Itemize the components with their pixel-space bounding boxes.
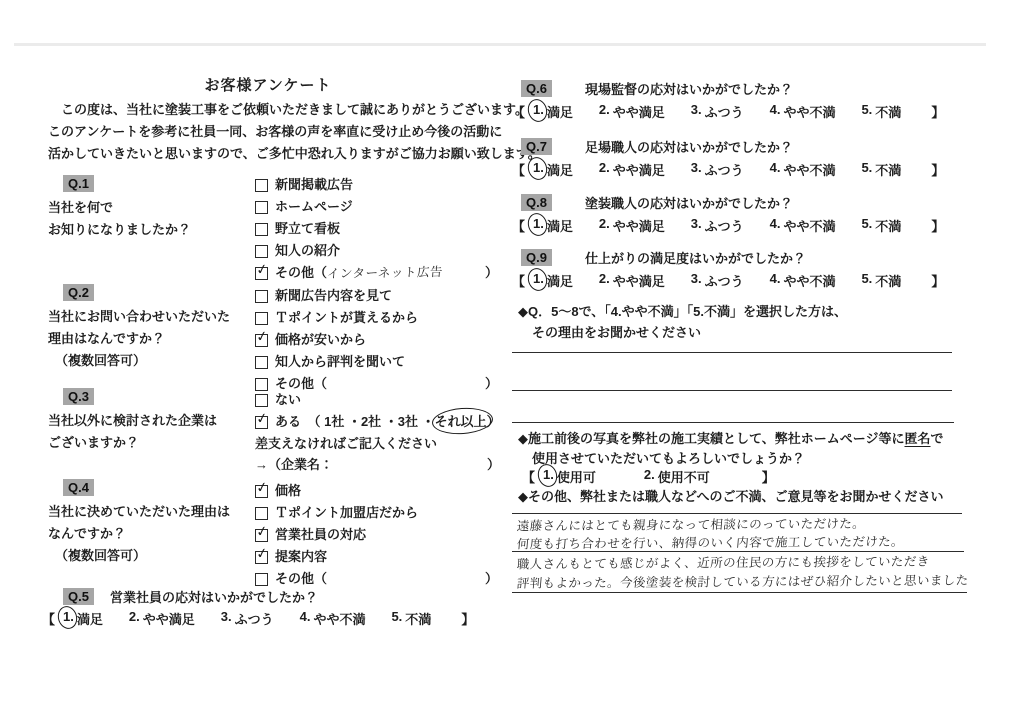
q9-label: Q.9 [521, 249, 552, 266]
q6-rating-scale: 【 1.満足 2.やや満足 3.ふつう 4.やや不満 5.不満 】 [512, 102, 944, 121]
rating-option: 5.不満 [391, 609, 431, 628]
bracket-open: 【 [512, 160, 525, 179]
q1-label: Q.1 [63, 175, 94, 192]
answer-line [512, 422, 954, 423]
q2-prompt: 当社にお問い合わせいただいた [48, 307, 230, 327]
bracket-open: 【 [42, 609, 55, 628]
q9-rating-scale: 【 1.満足 2.やや満足 3.ふつう 4.やや不満 5.不満 】 [512, 271, 944, 290]
bracket-open: 【 [512, 102, 525, 121]
q8-question: 塗装職人の応対はいかがでしたか？ [585, 194, 793, 214]
rating-option: 4.やや不満 [770, 271, 836, 290]
bracket-close: 】 [931, 160, 944, 179]
q2-option-reputation: 知人から評判を聞いて [255, 352, 405, 372]
rating-option: 3.ふつう [691, 102, 744, 121]
answer-line [512, 390, 952, 391]
rating-option: 3.ふつう [691, 160, 744, 179]
q3-company-field: →（企業名： [255, 455, 333, 475]
photo-permission-heading: ◆施工前後の写真を弊社の施工実績として、弊社ホームページ等に匿名で [518, 429, 944, 449]
rating-option: 2.やや満足 [599, 216, 665, 235]
checkbox-icon [255, 290, 268, 303]
q9-question: 仕上がりの満足度はいかがでしたか？ [585, 249, 806, 269]
rating-option: 1.満足 [533, 271, 573, 290]
checkbox-icon [255, 573, 268, 586]
circled-answer: それ以上 [435, 412, 487, 432]
option-label: Ｔポイント加盟店だから [275, 503, 418, 523]
rating-option: 2.やや満足 [599, 102, 665, 121]
option-label: 価格が安いから [275, 330, 366, 350]
option-label: 知人の紹介 [275, 241, 340, 261]
option-label: ない [275, 390, 301, 410]
rating-option: 1.満足 [533, 160, 573, 179]
option-label: 価格 [275, 481, 301, 501]
rating-option: 3.ふつう [221, 609, 274, 628]
q4-prompt: 当社に決めていただいた理由は [48, 502, 230, 522]
circle-annotation: 1. [63, 609, 74, 628]
q4-prompt: なんですか？ [48, 524, 126, 544]
checkbox-icon [255, 551, 268, 564]
rating-option: 5.不満 [861, 271, 901, 290]
q2-option-newspaper-content: 新聞広告内容を見て [255, 286, 392, 306]
q8-label: Q.8 [521, 194, 552, 211]
q2-label: Q.2 [63, 284, 94, 301]
scanned-survey-page: お客様アンケート この度は、当社に塗装工事をご依頼いただきまして誠にありがとうご… [0, 0, 1024, 724]
q1-option-other: その他（ インターネット広告 ） [255, 263, 498, 283]
q1-option-referral: 知人の紹介 [255, 241, 340, 261]
q3-prompt: ございますか？ [48, 433, 139, 453]
checkbox-icon [255, 485, 268, 498]
option-label: その他（ [275, 263, 327, 283]
circle-annotation: 1. [533, 102, 544, 121]
option-label: ） [485, 263, 498, 283]
checkbox-icon [255, 223, 268, 236]
option-label: 提案内容 [275, 547, 327, 567]
rating-option: 4.やや不満 [770, 216, 836, 235]
rating-option: 2.やや満足 [599, 271, 665, 290]
q6-label: Q.6 [521, 80, 552, 97]
q4-option-tpoint-member: Ｔポイント加盟店だから [255, 503, 418, 523]
q4-label: Q.4 [63, 479, 94, 496]
option-label: 新聞掲載広告 [275, 175, 353, 195]
checkbox-icon [255, 394, 268, 407]
page-title: お客様アンケート [48, 74, 488, 95]
option-label: ある （ 1社 ・2社 ・3社 ・ [275, 412, 435, 432]
intro-line: この度は、当社に塗装工事をご依頼いただきまして誠にありがとうございます。 [48, 100, 528, 120]
q1-option-homepage: ホームページ [255, 197, 353, 217]
rating-option: 4.やや不満 [300, 609, 366, 628]
rating-option: 5.不満 [861, 102, 901, 121]
q1-prompt: 当社を何で [48, 198, 113, 218]
checkbox-icon [255, 334, 268, 347]
choice-option: 1.使用可 [543, 467, 596, 486]
q3-prompt: 当社以外に検討された企業は [48, 411, 217, 431]
bracket-close: 】 [931, 102, 944, 121]
intro-line: このアンケートを参考に社員一同、お客様の声を率直に受け止め今後の活動に [48, 122, 502, 142]
rating-option: 4.やや不満 [770, 160, 836, 179]
q2-prompt: （複数回答可） [55, 351, 146, 371]
q3-note: 差支えなければご記入ください [255, 434, 437, 454]
rating-option: 1.満足 [533, 216, 573, 235]
reason-heading: その理由をお聞かせください [532, 323, 701, 343]
q1-option-newspaper-ad: 新聞掲載広告 [255, 175, 353, 195]
q5-rating-scale: 【 1.満足 2.やや満足 3.ふつう 4.やや不満 5.不満 】 [42, 609, 474, 628]
bracket-close: 】 [931, 216, 944, 235]
option-label: Ｔポイントが貰えるから [275, 308, 418, 328]
option-label: 野立て看板 [275, 219, 340, 239]
handwritten-comment: 職人さんもとても感じがよく、近所の住民の方にも挨拶をしていただき [516, 552, 930, 573]
option-label: 新聞広告内容を見て [275, 286, 392, 306]
option-label: 知人から評判を聞いて [275, 352, 405, 372]
photo-permission-choices: 【 1.使用可 2.使用不可 】 [522, 467, 775, 486]
choice-option: 2.使用不可 [644, 467, 710, 486]
q2-prompt: 理由はなんですか？ [48, 329, 165, 349]
circle-annotation: 1. [533, 216, 544, 235]
q3-option-yes: ある （ 1社 ・2社 ・3社 ・ それ以上 ） [255, 412, 500, 432]
q1-option-signboard: 野立て看板 [255, 219, 340, 239]
rating-option: 1.満足 [533, 102, 573, 121]
q7-label: Q.7 [521, 138, 552, 155]
q8-rating-scale: 【 1.満足 2.やや満足 3.ふつう 4.やや不満 5.不満 】 [512, 216, 944, 235]
circle-annotation: 1. [543, 467, 554, 486]
underlined-word: 匿名 [904, 431, 930, 446]
option-label: ） [485, 569, 498, 589]
q4-option-sales-response: 営業社員の対応 [255, 525, 366, 545]
q1-prompt: お知りになりましたか？ [48, 220, 191, 240]
checkbox-icon [255, 356, 268, 369]
checkbox-icon [255, 267, 268, 280]
handwritten-comment: 評判もよかった。今後塗装を検討している方にはぜひ紹介したいと思いました [516, 570, 969, 591]
rating-option: 5.不満 [861, 160, 901, 179]
reason-heading: ◆Q．5～8で、「4.やや不満」「5.不満」を選択した方は、 [518, 302, 847, 322]
handwritten-comment: 何度も打ち合わせを行い、納得のいく内容で施工していただけた。 [516, 532, 905, 553]
bracket-close: 】 [762, 467, 775, 486]
option-label: ） [485, 374, 498, 394]
checkbox-icon [255, 507, 268, 520]
q4-prompt: （複数回答可） [55, 546, 146, 566]
checkbox-icon [255, 201, 268, 214]
rating-option: 1.満足 [63, 609, 103, 628]
q3-company-field-close: ） [487, 455, 500, 475]
option-label: ホームページ [275, 197, 353, 217]
scan-divider-line [14, 43, 986, 46]
rating-option: 3.ふつう [691, 216, 744, 235]
rating-option: 5.不満 [861, 216, 901, 235]
other-comments-heading: ◆その他、弊社または職人などへのご不満、ご意見等をお聞かせください [518, 487, 943, 507]
photo-permission-heading: 使用させていただいてもよろしいでしょうか？ [532, 449, 805, 469]
rating-option: 4.やや不満 [770, 102, 836, 121]
checkbox-icon [255, 312, 268, 325]
q3-label: Q.3 [63, 388, 94, 405]
rating-option: 2.やや満足 [599, 160, 665, 179]
handwritten-comment: 遠藤さんにはとても親身になって相談にのっていただけた。 [516, 514, 866, 534]
q2-option-tpoint: Ｔポイントが貰えるから [255, 308, 418, 328]
handwritten-answer: インターネット広告 [326, 262, 443, 284]
checkbox-icon [255, 378, 268, 391]
checkbox-icon [255, 245, 268, 258]
q5-label: Q.5 [63, 588, 94, 605]
q2-option-low-price: 価格が安いから [255, 330, 366, 350]
q4-option-proposal: 提案内容 [255, 547, 327, 567]
circle-annotation: 1. [533, 160, 544, 179]
comment-rule-line [512, 592, 967, 593]
checkbox-icon [255, 529, 268, 542]
option-label: 営業社員の対応 [275, 525, 366, 545]
rating-option: 2.やや満足 [129, 609, 195, 628]
q5-question: 営業社員の応対はいかがでしたか？ [110, 588, 318, 608]
bracket-close: 】 [461, 609, 474, 628]
bracket-close: 】 [931, 271, 944, 290]
rating-option: 3.ふつう [691, 271, 744, 290]
q7-rating-scale: 【 1.満足 2.やや満足 3.ふつう 4.やや不満 5.不満 】 [512, 160, 944, 179]
q7-question: 足場職人の応対はいかがでしたか？ [585, 138, 793, 158]
bracket-open: 【 [512, 216, 525, 235]
q4-option-other: その他（ ） [255, 569, 498, 589]
bracket-open: 【 [512, 271, 525, 290]
intro-line: 活かしていきたいと思いますので、ご多忙中恐れ入りますがご協力お願い致します。 [48, 144, 541, 164]
option-label: その他（ [275, 569, 327, 589]
q4-option-price: 価格 [255, 481, 301, 501]
answer-line [512, 352, 952, 353]
circle-annotation: 1. [533, 271, 544, 290]
bracket-open: 【 [522, 467, 535, 486]
checkbox-icon [255, 416, 268, 429]
q6-question: 現場監督の応対はいかがでしたか？ [585, 80, 793, 100]
checkbox-icon [255, 179, 268, 192]
